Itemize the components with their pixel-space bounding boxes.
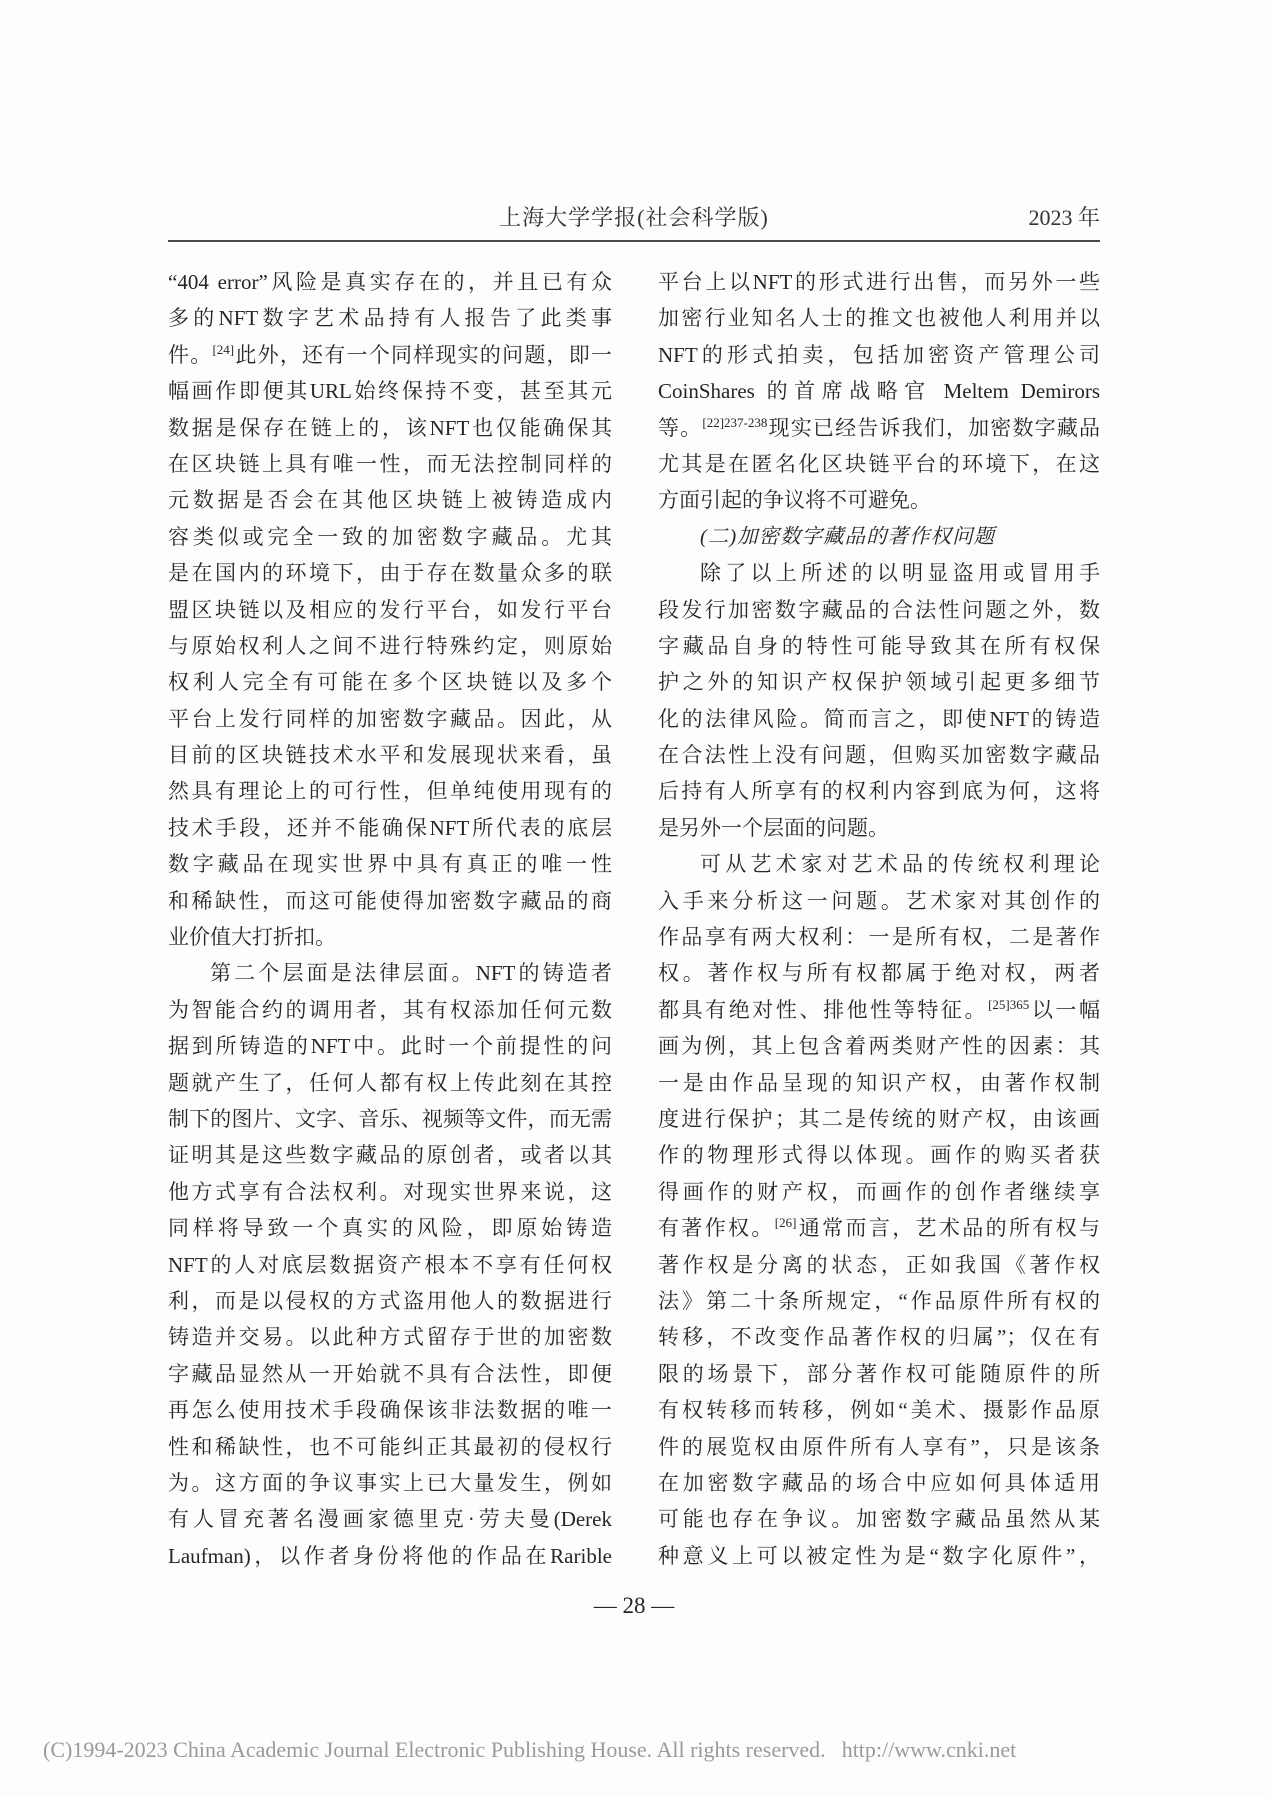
body-text-line: 加密行业知名人士的推文也被他人利用并以 <box>658 300 1100 336</box>
body-text-line: 平台上以NFT的形式进行出售，而另外一些 <box>658 264 1100 300</box>
body-text-line: 铸造并交易。以此种方式留存于世的加密数 <box>168 1319 612 1355</box>
body-text-line: 可能也存在争议。加密数字藏品虽然从某 <box>658 1501 1100 1537</box>
body-text-line: 容类似或完全一致的加密数字藏品。尤其 <box>168 519 612 555</box>
left-column: “404 error”风险是真实存在的，并且已有众多的NFT数字艺术品持有人报告… <box>168 264 612 1574</box>
copyright-notice: (C)1994-2023 China Academic Journal Elec… <box>43 1737 826 1762</box>
body-text-line: 与原始权利人之间不进行特殊约定，则原始 <box>168 628 612 664</box>
body-text-line: 数据是保存在链上的，该NFT也仅能确保其 <box>168 410 612 446</box>
body-text-line: 证明其是这些数字藏品的原创者，或者以其 <box>168 1137 612 1173</box>
body-text-line: 为。这方面的争议事实上已大量发生，例如 <box>168 1465 612 1501</box>
section-heading-line: (二)加密数字藏品的著作权问题 <box>658 519 1100 555</box>
body-text-line: 著作权是分离的状态，正如我国《著作权 <box>658 1247 1100 1283</box>
journal-page: 上海大学学报(社会科学版) 2023 年 “404 error”风险是真实存在的… <box>0 0 1271 1797</box>
body-text-line: 平台上发行同样的加密数字藏品。因此，从 <box>168 701 612 737</box>
body-text-line: 在区块链上具有唯一性，而无法控制同样的 <box>168 446 612 482</box>
body-text-line: NFT的形式拍卖，包括加密资产管理公司 <box>658 337 1100 373</box>
body-text-line: 后持有人所享有的权利内容到底为何，这将 <box>658 773 1100 809</box>
body-text-line: 除了以上所述的以明显盗用或冒用手 <box>658 555 1100 591</box>
body-text-line: 利，而是以侵权的方式盗用他人的数据进行 <box>168 1283 612 1319</box>
body-text-line: 元数据是否会在其他区块链上被铸造成内 <box>168 482 612 518</box>
body-text-line: 有著作权。[26]通常而言，艺术品的所有权与 <box>658 1210 1100 1246</box>
body-text-line: 业价值大打折扣。 <box>168 919 612 955</box>
body-text-line: 有权转移而转移，例如“美术、摄影作品原 <box>658 1392 1100 1428</box>
body-text-line: 转移，不改变作品著作权的归属”；仅在有 <box>658 1319 1100 1355</box>
body-text-line: 性和稀缺性，也不可能纠正其最初的侵权行 <box>168 1429 612 1465</box>
body-text-line: 同样将导致一个真实的风险，即原始铸造 <box>168 1210 612 1246</box>
body-text-line: 盟区块链以及相应的发行平台，如发行平台 <box>168 592 612 628</box>
body-text-line: 制下的图片、文字、音乐、视频等文件，而无需 <box>168 1101 612 1137</box>
body-text-line: 数字藏品在现实世界中具有真正的唯一性 <box>168 846 612 882</box>
body-text-line: 段发行加密数字藏品的合法性问题之外，数 <box>658 592 1100 628</box>
body-text-line: “404 error”风险是真实存在的，并且已有众 <box>168 264 612 300</box>
body-text-line: 再怎么使用技术手段确保该非法数据的唯一 <box>168 1392 612 1428</box>
body-text-line: 得画作的财产权，而画作的创作者继续享 <box>658 1174 1100 1210</box>
body-text-line: 化的法律风险。简而言之，即使NFT的铸造 <box>658 701 1100 737</box>
body-text-line: 第二个层面是法律层面。NFT的铸造者 <box>168 955 612 991</box>
body-text-line: 护之外的知识产权保护领域引起更多细节 <box>658 664 1100 700</box>
body-text-line: 字藏品自身的特性可能导致其在所有权保 <box>658 628 1100 664</box>
body-text-line: 在加密数字藏品的场合中应如何具体适用 <box>658 1465 1100 1501</box>
body-text-line: 在合法性上没有问题，但购买加密数字藏品 <box>658 737 1100 773</box>
page-number: — 28 — <box>168 1590 1100 1622</box>
right-column: 平台上以NFT的形式进行出售，而另外一些加密行业知名人士的推文也被他人利用并以N… <box>658 264 1100 1574</box>
body-text-line: Laufman)，以作者身份将他的作品在Rarible <box>168 1538 612 1574</box>
journal-header-year: 2023 年 <box>168 203 1100 233</box>
copyright-bar: (C)1994-2023 China Academic Journal Elec… <box>43 1736 1016 1764</box>
body-text-line: 法》第二十条所规定，“作品原件所有权的 <box>658 1283 1100 1319</box>
body-text-line: 权。著作权与所有权都属于绝对权，两者 <box>658 955 1100 991</box>
header-rule <box>168 240 1100 242</box>
cnki-url: http://www.cnki.net <box>842 1737 1017 1762</box>
body-text-line: 限的场景下，部分著作权可能随原件的所 <box>658 1356 1100 1392</box>
body-text-line: 是另外一个层面的问题。 <box>658 810 1100 846</box>
body-text-line: 是在国内的环境下，由于存在数量众多的联 <box>168 555 612 591</box>
body-text-line: 题就产生了，任何人都有权上传此刻在其控 <box>168 1065 612 1101</box>
body-text-line: 技术手段，还并不能确保NFT所代表的底层 <box>168 810 612 846</box>
body-text-line: 件。[24]此外，还有一个同样现实的问题，即一 <box>168 337 612 373</box>
body-text-line: 多的NFT数字艺术品持有人报告了此类事 <box>168 300 612 336</box>
body-text-line: 目前的区块链技术水平和发展现状来看，虽 <box>168 737 612 773</box>
body-text-line: 可从艺术家对艺术品的传统权利理论 <box>658 846 1100 882</box>
body-text-line: NFT的人对底层数据资产根本不享有任何权 <box>168 1247 612 1283</box>
body-text-line: CoinShares 的首席战略官 Meltem Demirors <box>658 373 1100 409</box>
body-text-line: 尤其是在匿名化区块链平台的环境下，在这 <box>658 446 1100 482</box>
body-text-line: 都具有绝对性、排他性等特征。[25]365以一幅 <box>658 992 1100 1028</box>
body-text-line: 然具有理论上的可行性，但单纯使用现有的 <box>168 773 612 809</box>
body-text-line: 和稀缺性，而这可能使得加密数字藏品的商 <box>168 883 612 919</box>
body-text-line: 他方式享有合法权利。对现实世界来说，这 <box>168 1174 612 1210</box>
body-text-line: 字藏品显然从一开始就不具有合法性，即便 <box>168 1356 612 1392</box>
body-text-line: 件的展览权由原件所有人享有”，只是该条 <box>658 1429 1100 1465</box>
body-text-line: 一是由作品呈现的知识产权，由著作权制 <box>658 1065 1100 1101</box>
body-text-line: 种意义上可以被定性为是“数字化原件”， <box>658 1538 1100 1574</box>
body-text-line: 据到所铸造的NFT中。此时一个前提性的问 <box>168 1028 612 1064</box>
body-text-line: 方面引起的争议将不可避免。 <box>658 482 1100 518</box>
body-text-line: 幅画作即便其URL始终保持不变，甚至其元 <box>168 373 612 409</box>
body-text-line: 画为例，其上包含着两类财产性的因素：其 <box>658 1028 1100 1064</box>
body-text-line: 作品享有两大权利：一是所有权，二是著作 <box>658 919 1100 955</box>
body-text-line: 度进行保护；其二是传统的财产权，由该画 <box>658 1101 1100 1137</box>
body-text-line: 权利人完全有可能在多个区块链以及多个 <box>168 664 612 700</box>
body-text-line: 作的物理形式得以体现。画作的购买者获 <box>658 1137 1100 1173</box>
body-text-line: 入手来分析这一问题。艺术家对其创作的 <box>658 883 1100 919</box>
body-text-line: 为智能合约的调用者，其有权添加任何元数 <box>168 992 612 1028</box>
body-text-line: 有人冒充著名漫画家德里克·劳夫曼(Derek <box>168 1501 612 1537</box>
body-text-line: 等。[22]237-238现实已经告诉我们，加密数字藏品 <box>658 410 1100 446</box>
